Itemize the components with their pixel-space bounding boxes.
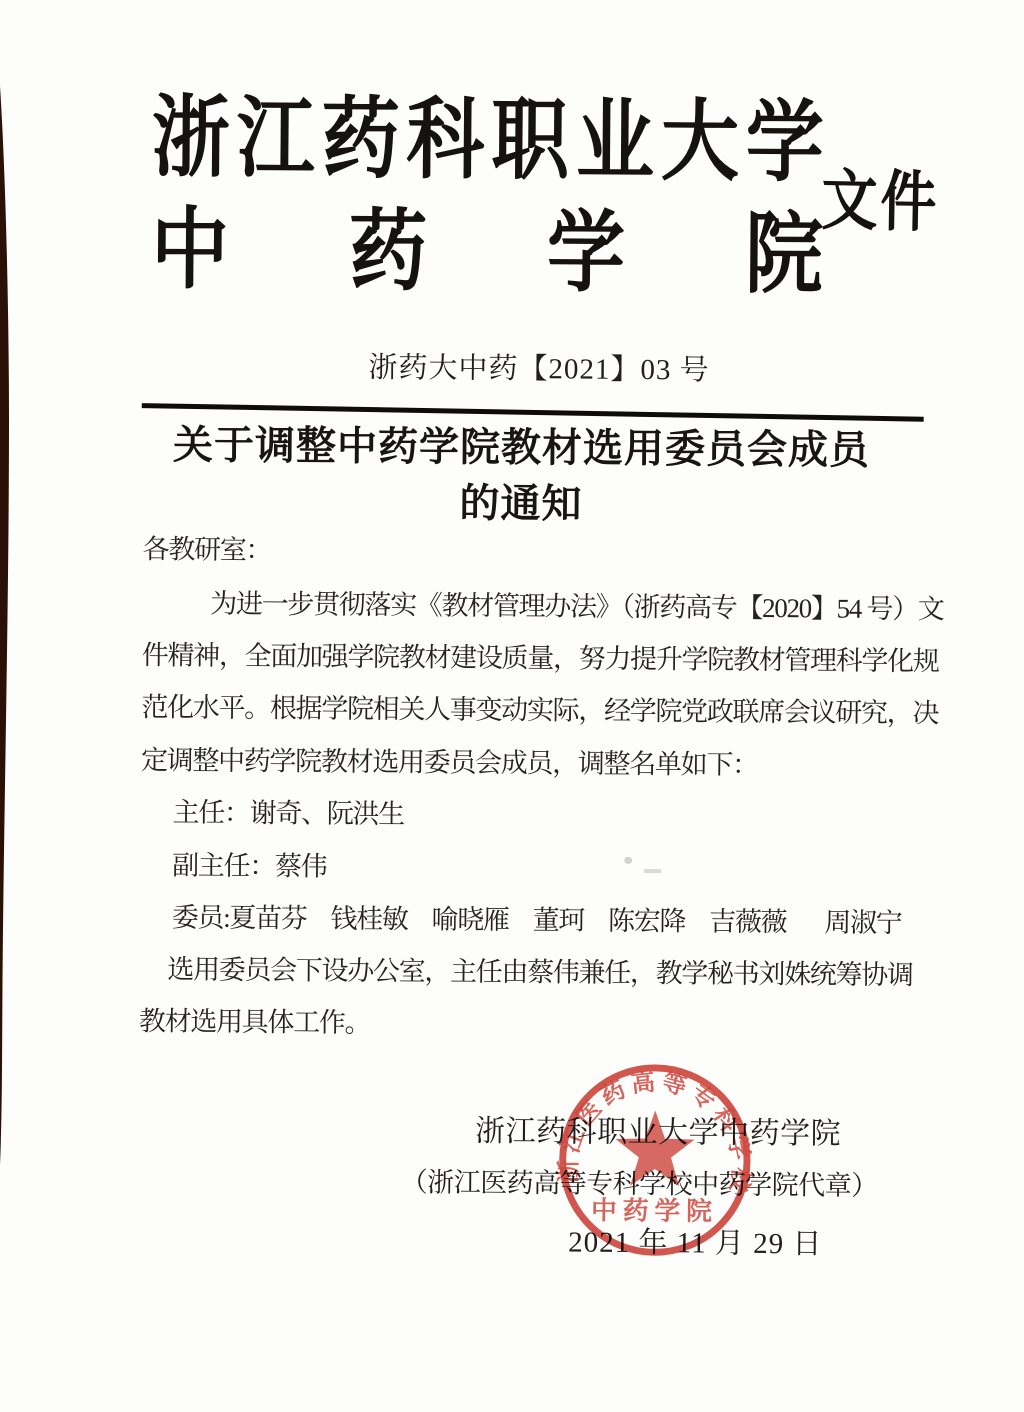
office-line: 选用委员会下设办公室，主任由蔡伟兼任，教学秘书刘姝统筹协调 xyxy=(139,953,921,992)
member-name: 周淑宁 xyxy=(824,907,901,938)
letterhead-char: 学 xyxy=(547,209,626,299)
document-title-line1: 关于调整中药学院教材选用委员会成员 xyxy=(131,425,911,471)
document-title-line2: 的通知 xyxy=(131,481,911,527)
letterhead-line2: 中 药 学 院 xyxy=(151,206,824,300)
seal-bottom-text: 中药学院 xyxy=(591,1196,718,1226)
paragraph-line: 范化水平。根据学院相关人事变动实际，经学院党政联席会议研究，决 xyxy=(141,691,923,730)
letterhead-char: 业 xyxy=(576,97,655,187)
letterhead-char: 浙 xyxy=(152,94,231,184)
member-name: 夏苗芬 xyxy=(229,903,306,934)
member-name: 喻晓雁 xyxy=(431,904,508,935)
member-name: 吉薇薇 xyxy=(709,907,786,938)
paragraph-line: 件精神，全面加强学院教材建设质量，努力提升学院教材管理科学化规 xyxy=(142,639,924,678)
director-names: 谢奇、阮洪生 xyxy=(250,798,404,829)
scan-artifact xyxy=(644,869,661,873)
letterhead-char: 院 xyxy=(745,210,824,300)
letterhead-char: 江 xyxy=(236,94,315,184)
director-label: 主任： xyxy=(172,797,249,828)
letterhead-char: 职 xyxy=(491,96,570,186)
roster-deputy: 副主任：蔡伟 xyxy=(140,849,922,888)
scan-artifact xyxy=(624,857,632,864)
letterhead-char: 学 xyxy=(745,98,824,188)
member-name: 钱桂敏 xyxy=(330,904,407,935)
letterhead-char: 大 xyxy=(661,98,740,188)
letterhead-char: 科 xyxy=(406,96,485,186)
member-name: 陈宏降 xyxy=(608,906,685,937)
document-page: 浙 江 药 科 职 业 大 学 中 药 学 院 文件 浙药大中药【2021】03… xyxy=(0,0,1024,1412)
member-name: 董珂 xyxy=(533,905,585,935)
salutation: 各教研室： xyxy=(143,533,925,572)
roster-members: 委员:夏苗芬钱桂敏喻晓雁董珂陈宏降吉薇薇周淑宁 xyxy=(140,901,922,940)
paragraph-line: 定调整中药学院教材选用委员会成员，调整名单如下： xyxy=(141,744,923,783)
letterhead-char: 药 xyxy=(321,95,400,185)
official-seal: 浙江医药高等专科学校 中药学院 xyxy=(545,1048,765,1268)
letterhead-char: 药 xyxy=(349,207,428,297)
roster-director: 主任：谢奇、阮洪生 xyxy=(140,796,922,835)
office-line: 教材选用具体工作。 xyxy=(139,1005,921,1044)
members-label: 委员: xyxy=(172,902,230,932)
document-sheet: 浙 江 药 科 职 业 大 学 中 药 学 院 文件 浙药大中药【2021】03… xyxy=(0,0,1024,1412)
deputy-label: 副主任： xyxy=(172,850,275,881)
letterhead-char: 中 xyxy=(151,206,230,296)
header-rule xyxy=(142,403,924,422)
document-number: 浙药大中药【2021】03 号 xyxy=(144,343,934,390)
paragraph-line: 为进一步贯彻落实《教材管理办法》（浙药高专【2020】54 号）文 xyxy=(142,587,924,626)
deputy-name: 蔡伟 xyxy=(275,851,327,881)
seal-star-icon xyxy=(615,1110,695,1186)
letterhead-line1: 浙 江 药 科 职 业 大 学 xyxy=(152,94,825,188)
letterhead-suffix: 文件 xyxy=(821,169,940,237)
